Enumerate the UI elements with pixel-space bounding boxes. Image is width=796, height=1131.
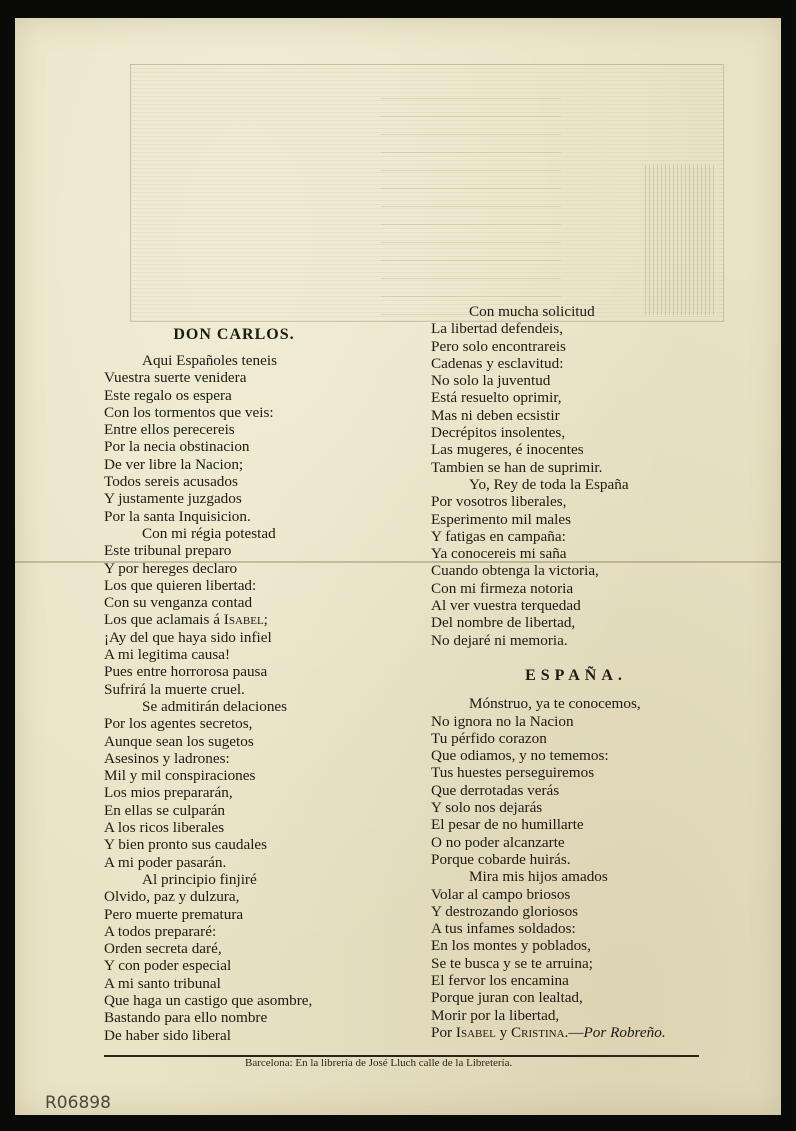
name-cristina: Cristina — [511, 1024, 565, 1041]
verse-line: Mas ni deben ecsistir — [431, 407, 721, 424]
verse-line: A mi legitima causa! — [104, 646, 364, 663]
verse-line: Mónstruo, ya te conocemos, — [431, 695, 721, 712]
handwritten-shelfmark: R06898 — [45, 1093, 111, 1113]
verse-line: Se admitirán delaciones — [104, 698, 364, 715]
verse-line: Decrépitos insolentes, — [431, 424, 721, 441]
verse-line: Y solo nos dejarás — [431, 799, 721, 816]
verse-line: Yo, Rey de toda la España — [431, 476, 721, 493]
verse-line: Y por hereges declaro — [104, 560, 364, 577]
verse-line: Del nombre de libertad, — [431, 614, 721, 631]
verse-line: Con mucha solicitud — [431, 303, 721, 320]
verse-line: Que haga un castigo que asombre, — [104, 992, 364, 1009]
verse-line: Se te busca y se te arruina; — [431, 955, 721, 972]
verse-line: Sufrirá la muerte cruel. — [104, 681, 364, 698]
verse-line: Al ver vuestra terquedad — [431, 597, 721, 614]
verse-line: Y bien pronto sus caudales — [104, 836, 364, 853]
verse-line: Mira mis hijos amados — [431, 868, 721, 885]
verse-line: Morir por la libertad, — [431, 1007, 721, 1024]
poem-title-don-carlos: DON CARLOS. — [104, 326, 364, 344]
verse-line: Que odiamos, y no tememos: — [431, 747, 721, 764]
verse-line: Las mugeres, é inocentes — [431, 441, 721, 458]
right-column-verses-espana: Mónstruo, ya te conocemos,No ignora no l… — [431, 695, 721, 1024]
verse-line: Entre ellos perecereis — [104, 421, 364, 438]
verse-line: A mi poder pasarán. — [104, 854, 364, 871]
left-poem-column: Aqui Españoles teneisVuestra suerte veni… — [104, 352, 364, 1044]
verse-line: De ver libre la Nacion; — [104, 456, 364, 473]
verse-line: Está resuelto oprimir, — [431, 389, 721, 406]
verse-line: Aqui Españoles teneis — [104, 352, 364, 369]
verse-line: Olvido, paz y dulzura, — [104, 888, 364, 905]
verse-line: Pero muerte prematura — [104, 906, 364, 923]
verse-line: Con mi firmeza notoria — [431, 580, 721, 597]
verse-line: No solo la juventud — [431, 372, 721, 389]
verse-line: Vuestra suerte venidera — [104, 369, 364, 386]
verse-line: En ellas se culparán — [104, 802, 364, 819]
right-column-verses-don-carlos: Con mucha solicitudLa libertad defendeis… — [431, 303, 721, 649]
verse-line: El fervor los encamina — [431, 972, 721, 989]
verse-line: Cuando obtenga la victoria, — [431, 562, 721, 579]
verse-line: Bastando para ello nombre — [104, 1009, 364, 1026]
verse-line: Por la santa Inquisicion. — [104, 508, 364, 525]
verse-line: Y destrozando gloriosos — [431, 903, 721, 920]
verse-line: Volar al campo briosos — [431, 886, 721, 903]
verse-line: La libertad defendeis, — [431, 320, 721, 337]
verse-line: Pero solo encontrareis — [431, 338, 721, 355]
name-isabel: Isabel — [456, 1024, 496, 1041]
verse-line: Ya conocereis mi saña — [431, 545, 721, 562]
engraving-door — [645, 165, 715, 315]
verse-line: Por los agentes secretos, — [104, 715, 364, 732]
verse-line: A mi santo tribunal — [104, 975, 364, 992]
verse-line: O no poder alcanzarte — [431, 834, 721, 851]
verse-line: Por la necia obstinacion — [104, 438, 364, 455]
verse-line: Los mios prepararán, — [104, 784, 364, 801]
verse-line: Porque cobarde huirás. — [431, 851, 721, 868]
verse-line: De haber sido liberal — [104, 1027, 364, 1044]
verse-line: Tus huestes perseguiremos — [431, 764, 721, 781]
verse-line: Por vosotros liberales, — [431, 493, 721, 510]
verse-line: Y fatigas en campaña: — [431, 528, 721, 545]
printer-imprint: Barcelona: En la librería de José Lluch … — [245, 1057, 512, 1069]
verse-line: Los que quieren libertad: — [104, 577, 364, 594]
verse-line: Pues entre horrorosa pausa — [104, 663, 364, 680]
verse-line: Porque juran con lealtad, — [431, 989, 721, 1006]
verse-line: Este regalo os espera — [104, 387, 364, 404]
verse-line: Con los tormentos que veis: — [104, 404, 364, 421]
verse-line: A los ricos liberales — [104, 819, 364, 836]
verse-line: Con su venganza contad — [104, 594, 364, 611]
verse-line: Aunque sean los sugetos — [104, 733, 364, 750]
verse-line: Asesinos y ladrones: — [104, 750, 364, 767]
verse-line: Orden secreta daré, — [104, 940, 364, 957]
verse-line: Al principio finjiré — [104, 871, 364, 888]
name-isabel: Isabel — [224, 611, 264, 628]
engraving-brick-wall — [381, 85, 561, 315]
verse-line: Cadenas y esclavitud: — [431, 355, 721, 372]
verse-line: ¡Ay del que haya sido infiel — [104, 629, 364, 646]
poem-title-espana: ESPAÑA. — [431, 667, 721, 684]
verse-line: Con mi régia potestad — [104, 525, 364, 542]
right-poem-column: Con mucha solicitudLa libertad defendeis… — [431, 303, 721, 1041]
verse-line: A tus infames soldados: — [431, 920, 721, 937]
verse-line: Que derrotadas verás — [431, 782, 721, 799]
author-signature: Por Robreño. — [584, 1024, 666, 1041]
verse-line: En los montes y poblados, — [431, 937, 721, 954]
verse-line: A todos prepararé: — [104, 923, 364, 940]
verse-line: No ignora no la Nacion — [431, 713, 721, 730]
closing-line: Por Isabel y Cristina.—Por Robreño. — [431, 1024, 721, 1041]
faded-engraving-illustration — [130, 64, 724, 322]
verse-line: Todos sereis acusados — [104, 473, 364, 490]
verse-line: El pesar de no humillarte — [431, 816, 721, 833]
verse-line: No dejaré ni memoria. — [431, 632, 721, 649]
verse-line: Este tribunal preparo — [104, 542, 364, 559]
verse-line: Y justamente juzgados — [104, 490, 364, 507]
verse-line: Tambien se han de suprimir. — [431, 459, 721, 476]
verse-line: Mil y mil conspiraciones — [104, 767, 364, 784]
verse-line: Esperimento mil males — [431, 511, 721, 528]
verse-line: Y con poder especial — [104, 957, 364, 974]
verse-line: Los que aclamais á Isabel; — [104, 611, 364, 628]
verse-line: Tu pérfido corazon — [431, 730, 721, 747]
